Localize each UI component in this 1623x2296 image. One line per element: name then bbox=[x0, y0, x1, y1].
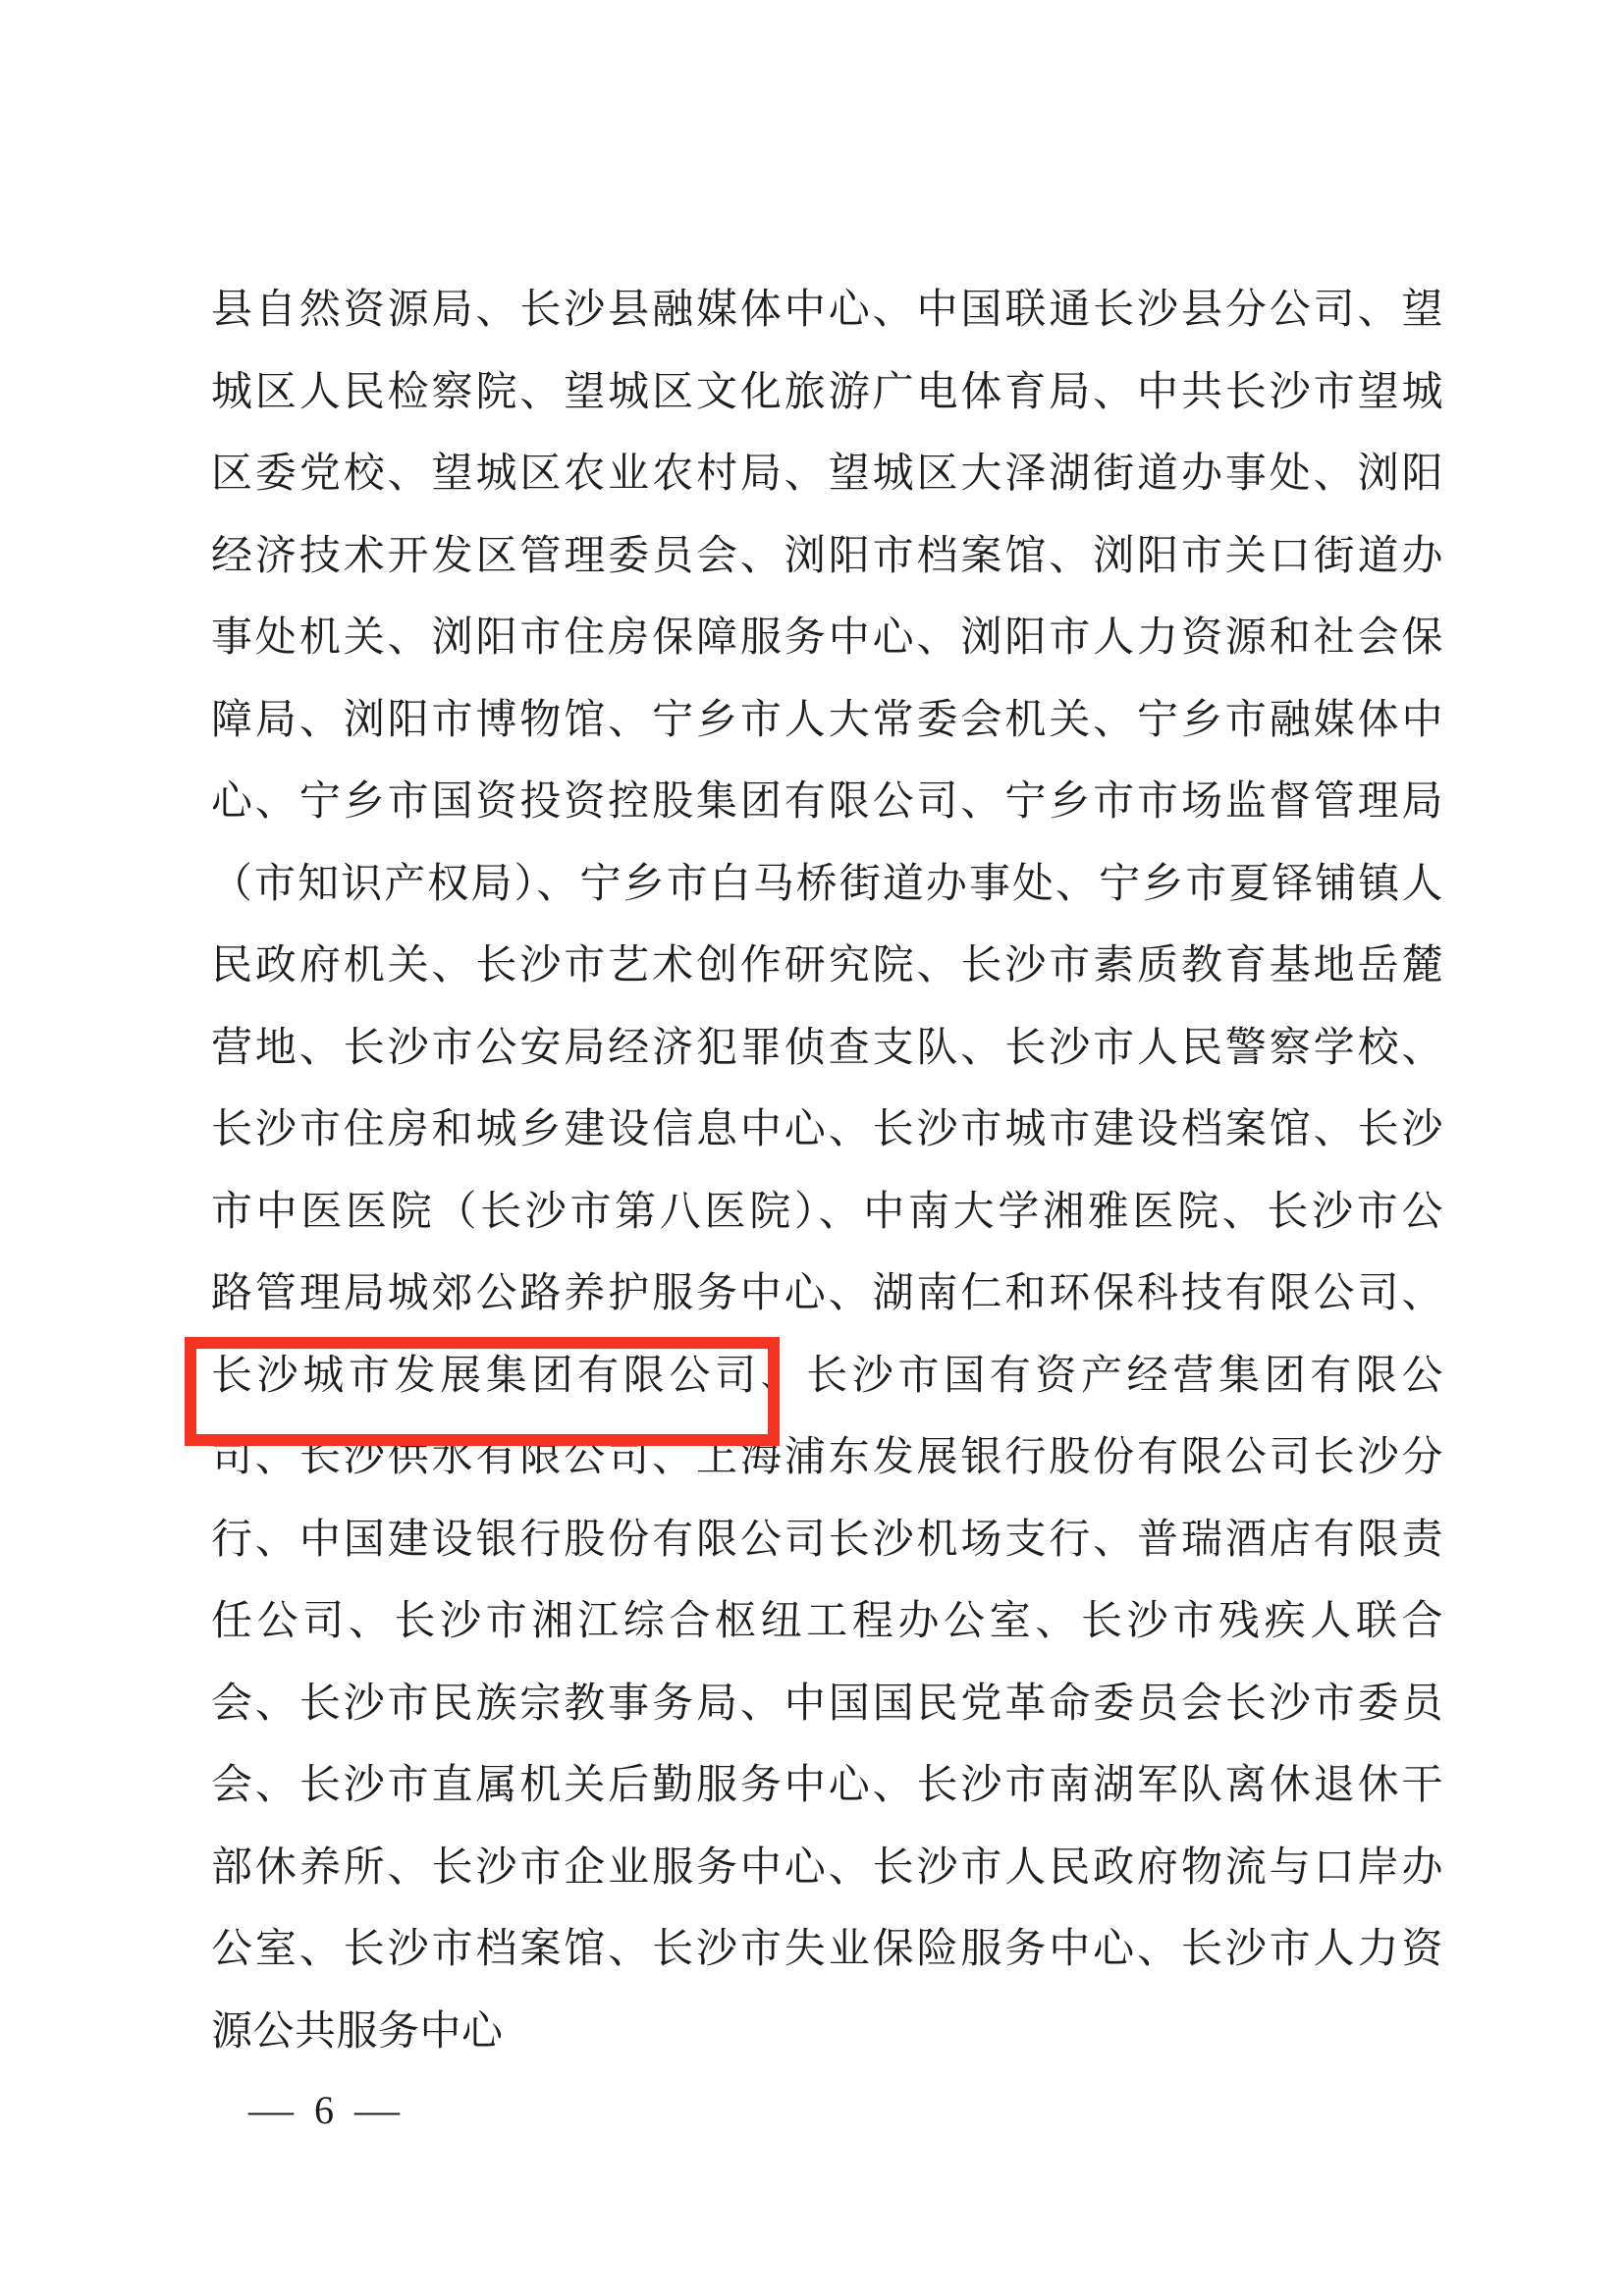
text-line: 城区人民检察院、望城区文化旅游广电体育局、中共长沙市望城 bbox=[211, 352, 1443, 435]
text-line: 事处机关、浏阳市住房保障服务中心、浏阳市人力资源和社会保 bbox=[211, 598, 1443, 680]
text-line: 行、中国建设银行股份有限公司长沙机场支行、普瑞酒店有限责 bbox=[211, 1500, 1443, 1582]
text-line: 市中医医院（长沙市第八医院）、中南大学湘雅医院、长沙市公 bbox=[211, 1172, 1443, 1255]
text-line: 路管理局城郊公路养护服务中心、湖南仁和环保科技有限公司、 bbox=[211, 1254, 1443, 1336]
footer-right-dash: — bbox=[354, 2087, 400, 2133]
footer-left-dash: — bbox=[248, 2087, 294, 2133]
text-line: 会、长沙市直属机关后勤服务中心、长沙市南湖军队离休退休干 bbox=[211, 1745, 1443, 1828]
text-line: 会、长沙市民族宗教事务局、中国国民党革命委员会长沙市委员 bbox=[211, 1664, 1443, 1746]
text-line: 障局、浏阳市博物馆、宁乡市人大常委会机关、宁乡市融媒体中 bbox=[211, 680, 1443, 763]
text-line: 民政府机关、长沙市艺术创作研究院、长沙市素质教育基地岳麓 bbox=[211, 926, 1443, 1008]
page-footer: — 6 — bbox=[251, 2087, 397, 2133]
text-line: 心、宁乡市国资投资控股集团有限公司、宁乡市市场监督管理局 bbox=[211, 762, 1443, 844]
text-line: 长沙市住房和城乡建设信息中心、长沙市城市建设档案馆、长沙 bbox=[211, 1090, 1443, 1172]
text-line: 源公共服务中心 bbox=[211, 1992, 1443, 2074]
document-page: 县自然资源局、长沙县融媒体中心、中国联通长沙县分公司、望城区人民检察院、望城区文… bbox=[0, 0, 1623, 2296]
text-line: 部休养所、长沙市企业服务中心、长沙市人民政府物流与口岸办 bbox=[211, 1828, 1443, 1910]
text-line: 县自然资源局、长沙县融媒体中心、中国联通长沙县分公司、望 bbox=[211, 270, 1443, 352]
text-line: （市知识产权局）、宁乡市白马桥街道办事处、宁乡市夏铎铺镇人 bbox=[211, 844, 1443, 927]
text-line: 营地、长沙市公安局经济犯罪侦查支队、长沙市人民警察学校、 bbox=[211, 1008, 1443, 1091]
text-line: 司、长沙供水有限公司、上海浦东发展银行股份有限公司长沙分 bbox=[211, 1417, 1443, 1500]
text-line: 经济技术开发区管理委员会、浏阳市档案馆、浏阳市关口街道办 bbox=[211, 516, 1443, 599]
text-line: 长沙城市发展集团有限公司、长沙市国有资产经营集团有限公 bbox=[211, 1336, 1443, 1418]
text-line: 区委党校、望城区农业农村局、望城区大泽湖街道办事处、浏阳 bbox=[211, 434, 1443, 516]
text-line: 任公司、长沙市湘江综合枢纽工程办公室、长沙市残疾人联合 bbox=[211, 1581, 1443, 1664]
text-line: 公室、长沙市档案馆、长沙市失业保险服务中心、长沙市人力资 bbox=[211, 1909, 1443, 1992]
page-number: 6 bbox=[314, 2087, 334, 2133]
document-body: 县自然资源局、长沙县融媒体中心、中国联通长沙县分公司、望城区人民检察院、望城区文… bbox=[211, 270, 1443, 2073]
